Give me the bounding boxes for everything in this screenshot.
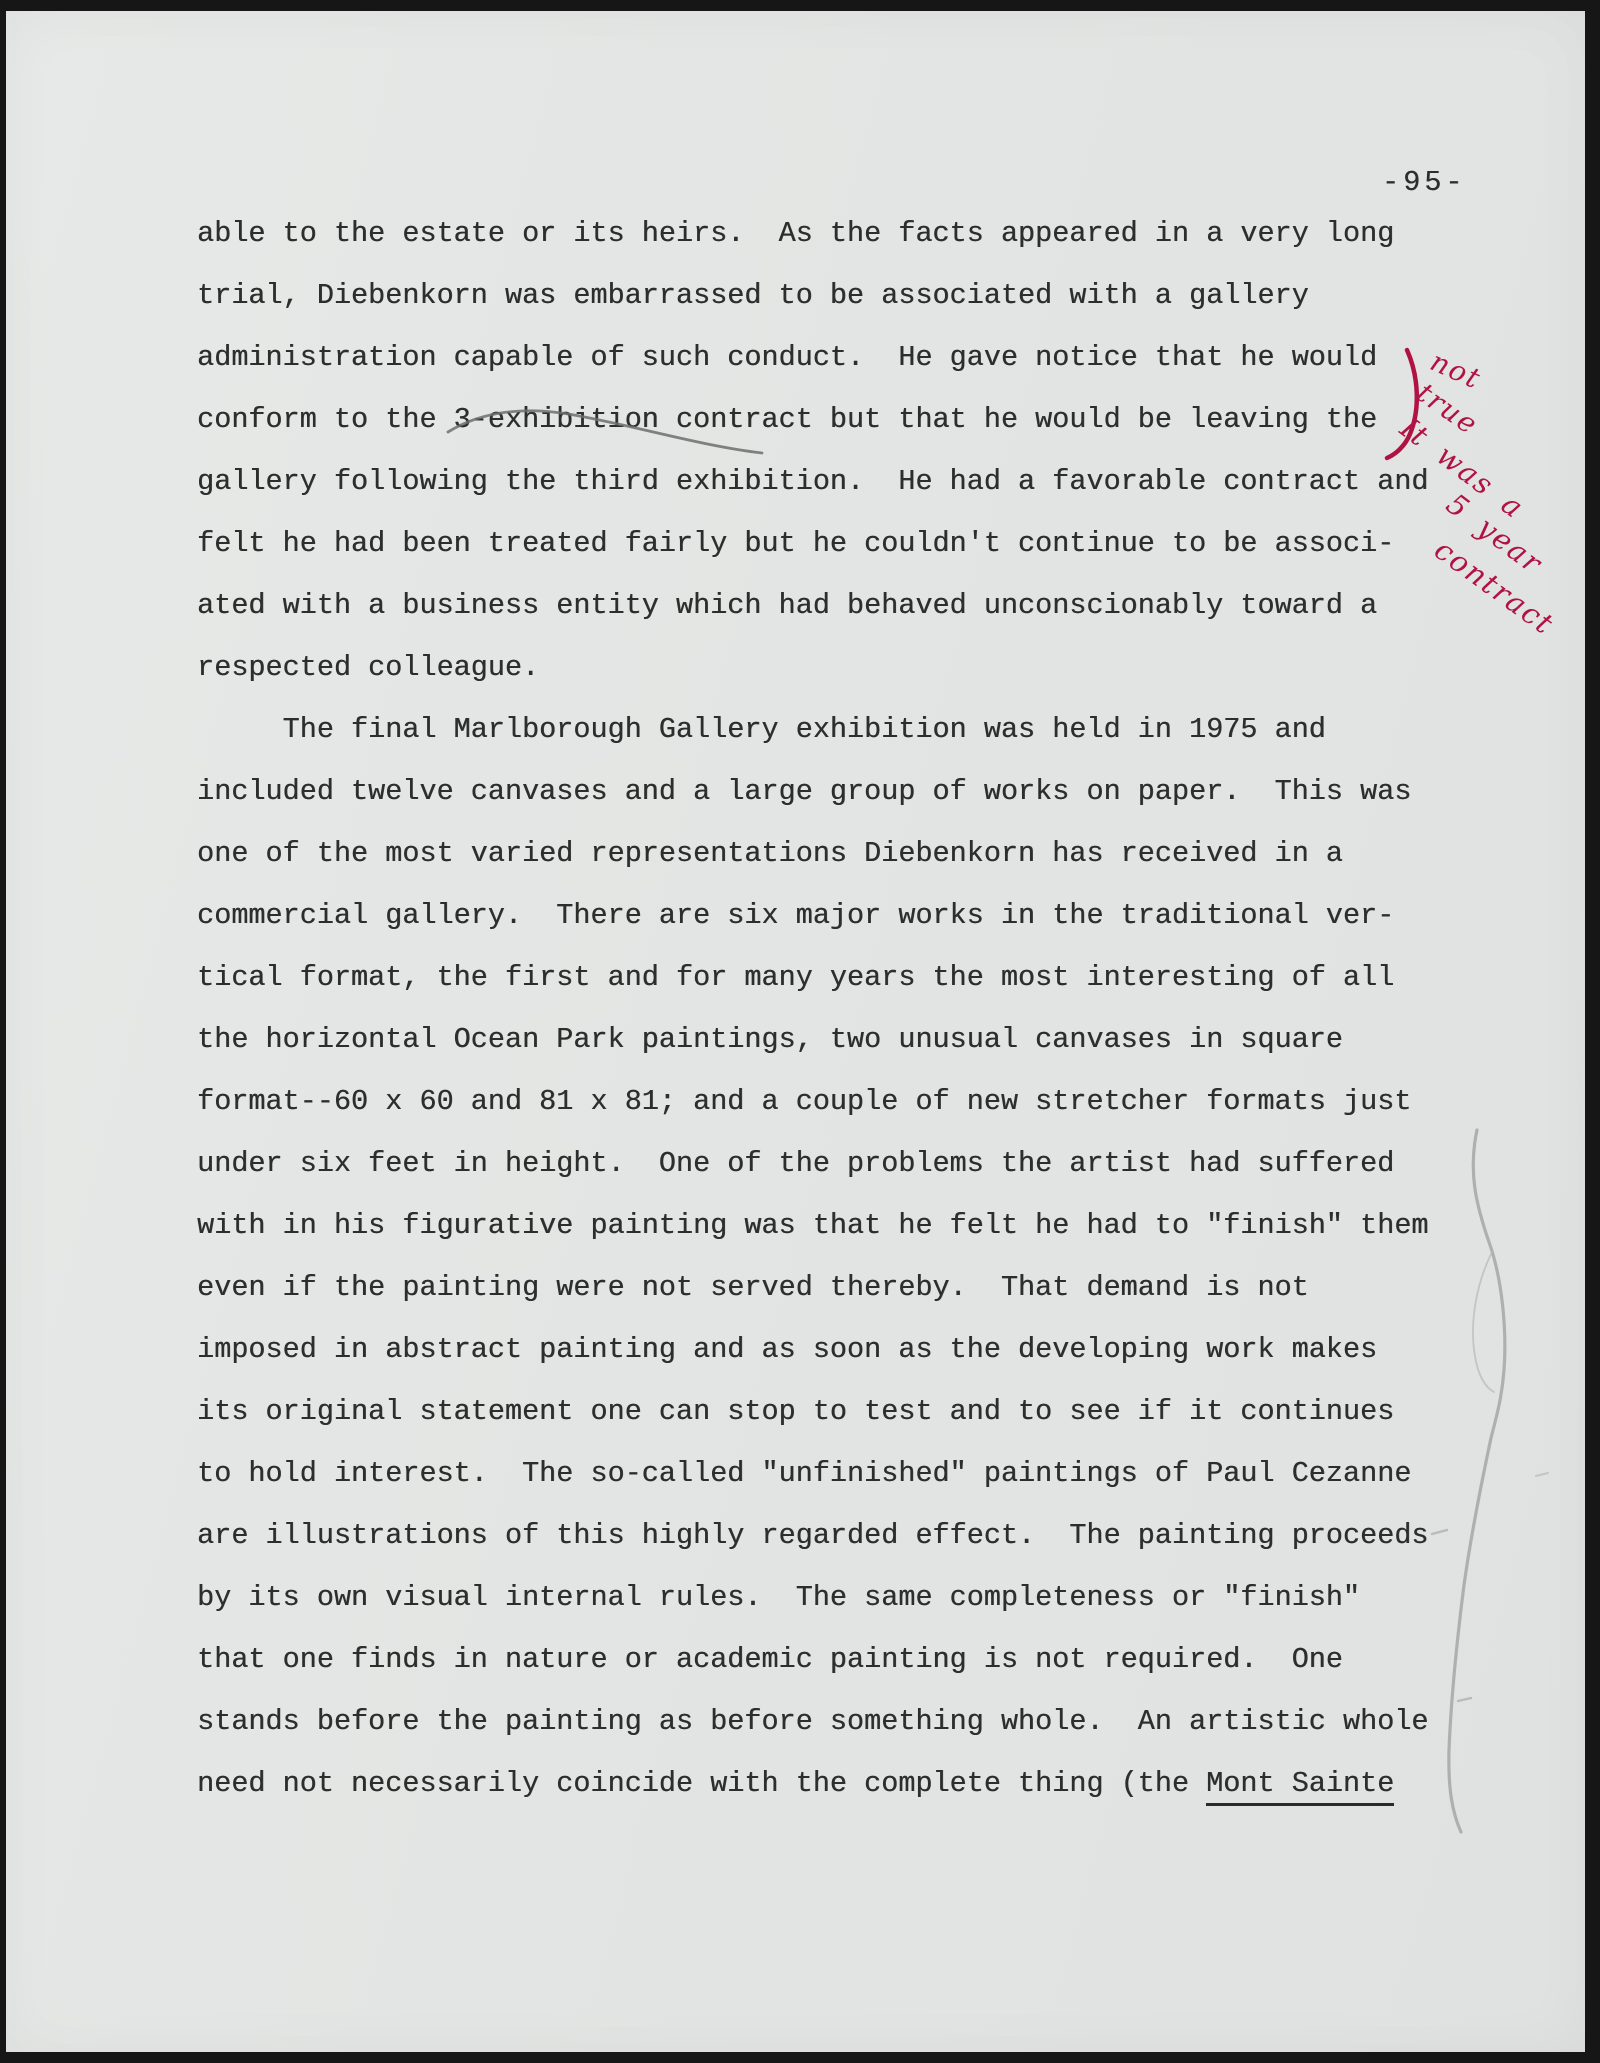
text-line: are illustrations of this highly regarde… [197,1505,1497,1567]
scanned-document: -95- able to the estate or its heirs. As… [0,0,1600,2063]
underlined-text: Mont Sainte [1206,1767,1394,1806]
text-line: under six feet in height. One of the pro… [197,1133,1497,1195]
text-segment: imposed in abstract painting and as soon… [197,1333,1377,1366]
text-line: by its own visual internal rules. The sa… [197,1567,1497,1629]
text-line: the horizontal Ocean Park paintings, two… [197,1009,1497,1071]
text-segment: by its own visual internal rules. The sa… [197,1581,1360,1614]
text-segment: conform to the 3-exhibition contract but… [197,403,1377,436]
text-segment: trial, Diebenkorn was embarrassed to be … [197,279,1309,312]
text-line: administration capable of such conduct. … [197,327,1497,389]
text-line: respected colleague. [197,637,1497,699]
text-line: conform to the 3-exhibition contract but… [197,389,1497,451]
text-line: felt he had been treated fairly but he c… [197,513,1497,575]
text-line: included twelve canvases and a large gro… [197,761,1497,823]
text-segment: even if the painting were not served the… [197,1271,1309,1304]
text-segment: that one finds in nature or academic pai… [197,1643,1343,1676]
text-line: able to the estate or its heirs. As the … [197,203,1497,265]
page-number: -95- [1382,169,1466,198]
text-segment: felt he had been treated fairly but he c… [197,527,1394,560]
text-segment: administration capable of such conduct. … [197,341,1377,374]
text-line: to hold interest. The so-called "unfinis… [197,1443,1497,1505]
text-segment: need not necessarily coincide with the c… [197,1767,1206,1800]
text-line: trial, Diebenkorn was embarrassed to be … [197,265,1497,327]
text-line: imposed in abstract painting and as soon… [197,1319,1497,1381]
text-line: its original statement one can stop to t… [197,1381,1497,1443]
text-line: need not necessarily coincide with the c… [197,1753,1497,1815]
text-segment: the horizontal Ocean Park paintings, two… [197,1023,1343,1056]
text-line: tical format, the first and for many yea… [197,947,1497,1009]
text-segment: ated with a business entity which had be… [197,589,1377,622]
text-segment: format--60 x 60 and 81 x 81; and a coupl… [197,1085,1411,1118]
text-segment: able to the estate or its heirs. As the … [197,217,1394,250]
text-line: gallery following the third exhibition. … [197,451,1497,513]
text-line: one of the most varied representations D… [197,823,1497,885]
text-line: format--60 x 60 and 81 x 81; and a coupl… [197,1071,1497,1133]
text-segment: to hold interest. The so-called "unfinis… [197,1457,1411,1490]
text-line: The final Marlborough Gallery exhibition… [197,699,1497,761]
text-line: ated with a business entity which had be… [197,575,1497,637]
text-segment: are illustrations of this highly regarde… [197,1519,1428,1552]
text-segment: tical format, the first and for many yea… [197,961,1394,994]
text-lines: able to the estate or its heirs. As the … [197,203,1497,1815]
text-segment: respected colleague. [197,651,539,684]
text-segment: one of the most varied representations D… [197,837,1343,870]
paper: -95- able to the estate or its heirs. As… [6,11,1585,2052]
text-segment: with in his figurative painting was that… [197,1209,1428,1242]
text-segment: commercial gallery. There are six major … [197,899,1394,932]
text-segment: under six feet in height. One of the pro… [197,1147,1394,1180]
text-segment: stands before the painting as before som… [197,1705,1428,1738]
text-line: stands before the painting as before som… [197,1691,1497,1753]
text-line: commercial gallery. There are six major … [197,885,1497,947]
text-line: even if the painting were not served the… [197,1257,1497,1319]
text-line: with in his figurative painting was that… [197,1195,1497,1257]
text-segment: gallery following the third exhibition. … [197,465,1428,498]
text-line: that one finds in nature or academic pai… [197,1629,1497,1691]
text-segment: its original statement one can stop to t… [197,1395,1394,1428]
text-segment: The final Marlborough Gallery exhibition… [197,713,1326,746]
text-segment: included twelve canvases and a large gro… [197,775,1411,808]
